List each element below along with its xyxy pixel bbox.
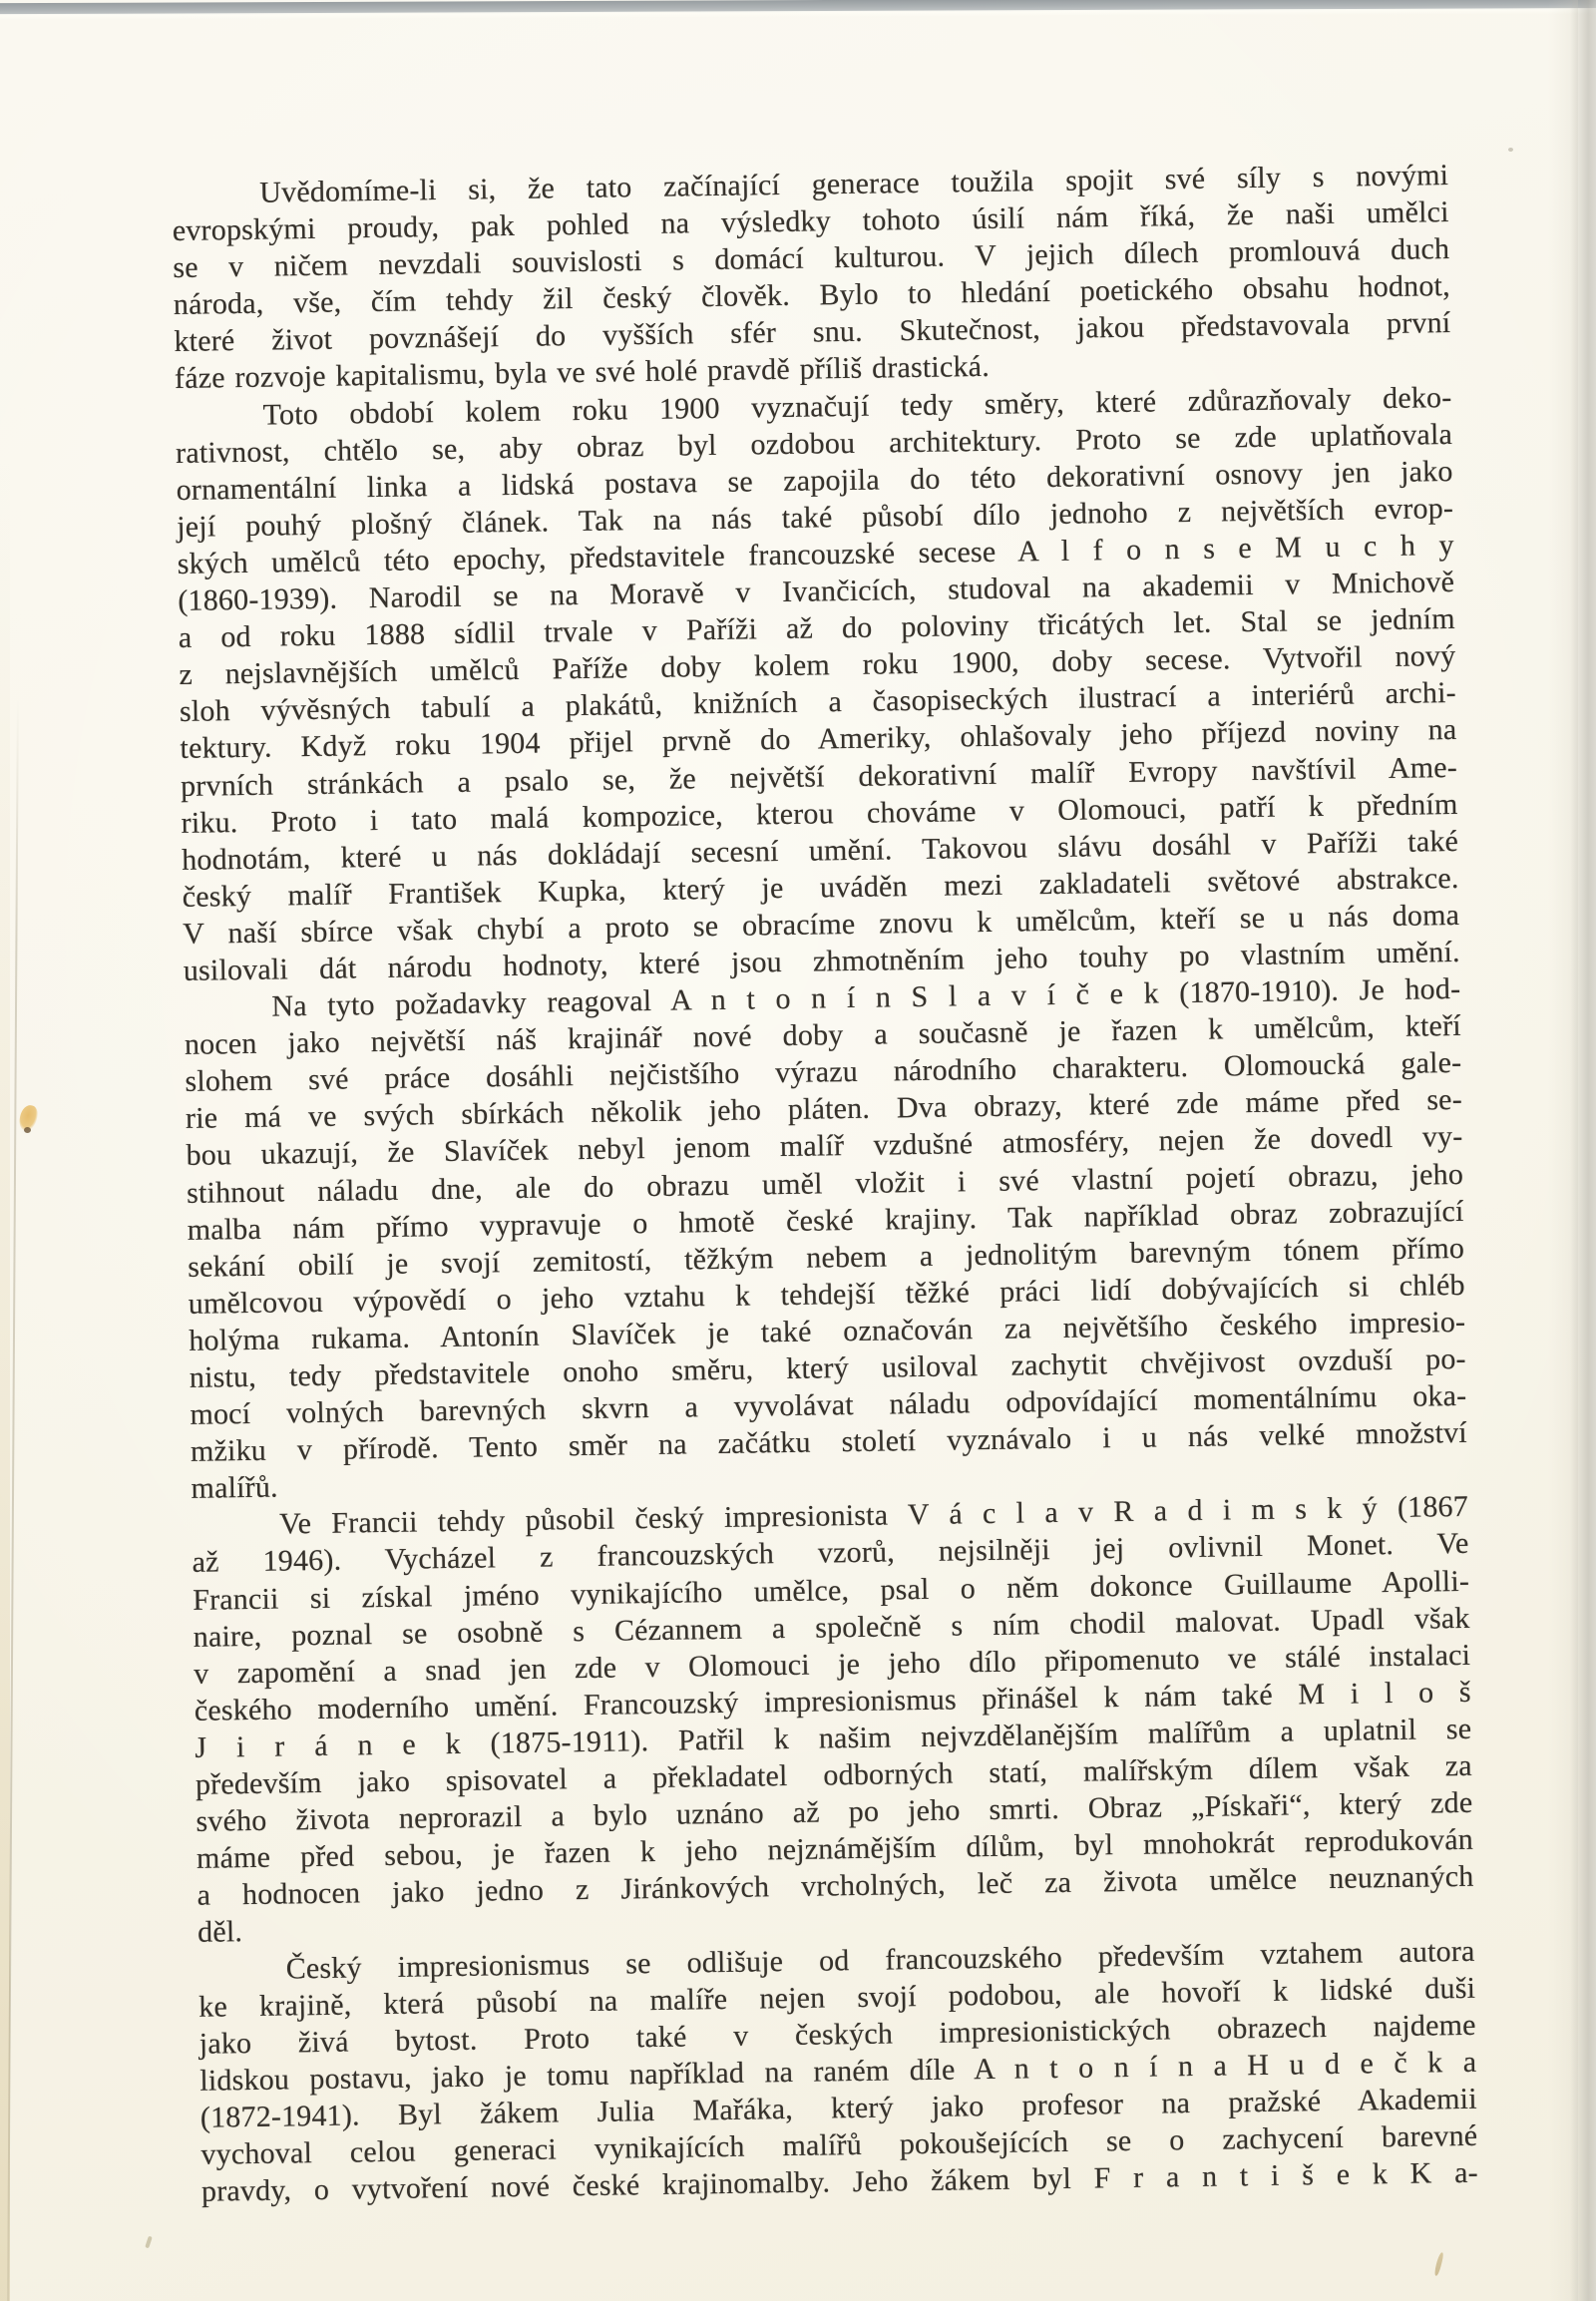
paragraph: Český impresionismus se odlišuje od fran… <box>198 1932 1478 2210</box>
book-page: Uvědomíme-li si, že tato začínající gene… <box>0 0 1596 2301</box>
paper-speck <box>1508 148 1513 152</box>
paper-mark <box>145 2236 153 2249</box>
paragraph: Ve Francii tehdy působil český impresion… <box>192 1488 1474 1951</box>
paragraph: Na tyto požadavky reagoval A n t o n í n… <box>184 970 1468 1507</box>
paragraph: Toto období kolem roku 1900 vyznačují te… <box>175 379 1460 989</box>
paper-stain-dot <box>24 1127 31 1133</box>
paragraph: Uvědomíme-li si, že tato začínající gene… <box>172 157 1451 398</box>
paper-mark <box>1433 2252 1444 2276</box>
page-text: Uvědomíme-li si, že tato začínající gene… <box>172 157 1478 2210</box>
page-crease-shadow <box>1570 0 1596 2301</box>
